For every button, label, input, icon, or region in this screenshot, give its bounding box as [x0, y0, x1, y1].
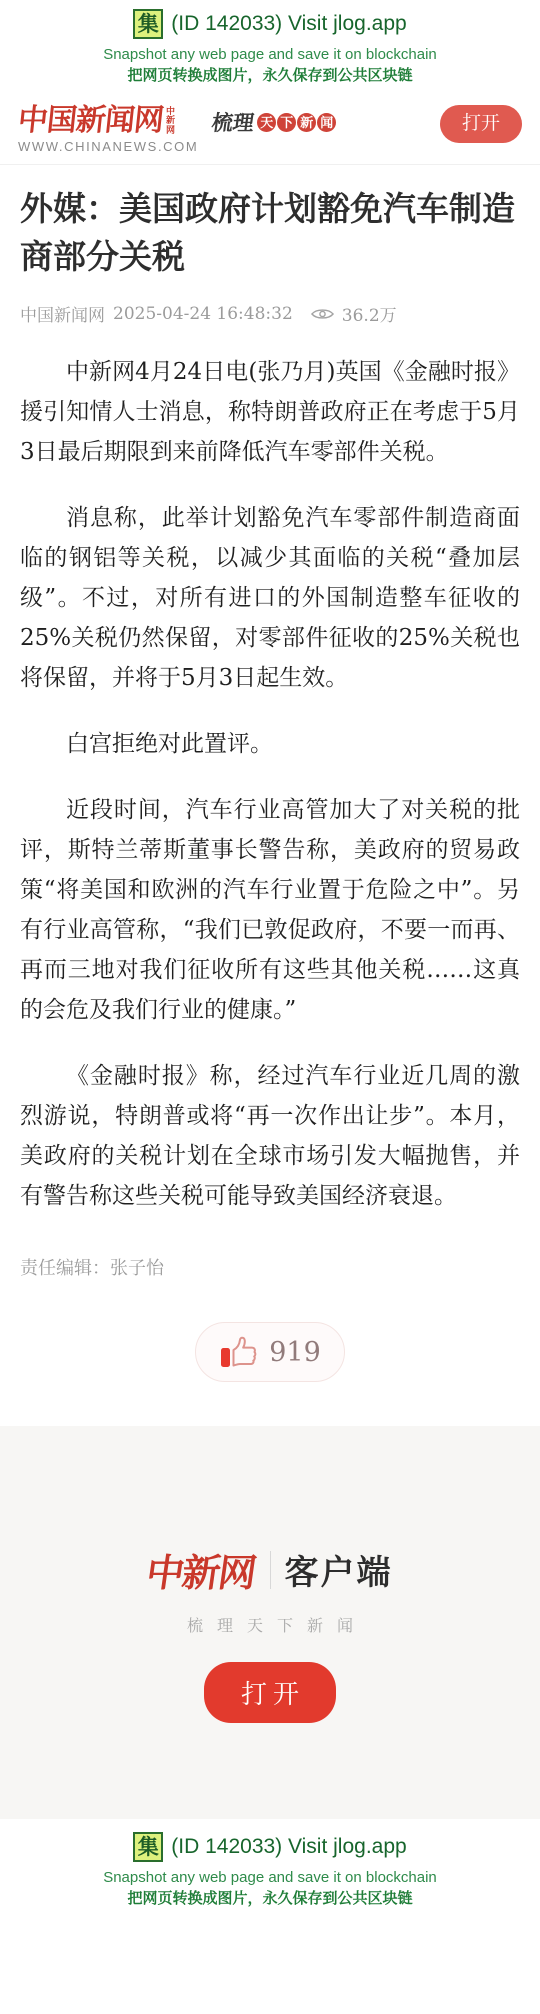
- jlog-ji-icon-bottom: 集: [133, 1832, 163, 1862]
- chinanews-logo-text: 中国新闻网: [16, 104, 164, 137]
- jlog-id-link-bottom[interactable]: 集 (ID 142033) Visit jlog.app: [0, 1832, 540, 1862]
- chinanews-logo-side: 中 新 网: [166, 104, 175, 135]
- jlog-subtitle-zh: 把网页转换成图片，永久保存到公共区块链: [0, 64, 540, 85]
- article-paragraph: 近段时间，汽车行业高管加大了对关税的批评，斯特兰蒂斯董事长警告称，美政府的贸易政…: [20, 790, 520, 1030]
- site-header: 中国新闻网 中 新 网 WWW.CHINANEWS.COM 梳理 天 下 新 闻…: [0, 92, 540, 165]
- slogan-circle-4: 闻: [317, 113, 336, 132]
- slogan-logo: 梳理 天 下 新 闻: [212, 107, 336, 137]
- jlog-subtitle-en-bottom: Snapshot any web page and save it on blo…: [0, 1869, 540, 1886]
- article-paragraph: 白宫拒绝对此置评。: [20, 724, 520, 764]
- views-eye-icon: [311, 307, 334, 321]
- jlog-subtitle-zh-bottom: 把网页转换成图片，永久保存到公共区块链: [0, 1887, 540, 1908]
- chinanews-logo[interactable]: 中国新闻网 中 新 网 WWW.CHINANEWS.COM: [18, 104, 198, 154]
- jlog-subtitle-en: Snapshot any web page and save it on blo…: [0, 46, 540, 63]
- slogan-circle-3: 新: [297, 113, 316, 132]
- slogan-circle-2: 下: [277, 113, 296, 132]
- article-paragraph: 《金融时报》称，经过汽车行业近几周的激烈游说，特朗普或将“再一次作出让步”。本月…: [20, 1056, 520, 1216]
- jlog-id-link[interactable]: 集 (ID 142033) Visit jlog.app: [0, 9, 540, 39]
- jlog-banner-top: 集 (ID 142033) Visit jlog.app Snapshot an…: [0, 0, 540, 92]
- footer-logo-text: 中新网: [144, 1542, 260, 1597]
- article-paragraph: 消息称，此举计划豁免汽车零部件制造商面临的钢铝等关税，以减少其面临的关税“叠加层…: [20, 498, 520, 698]
- slogan-circle-1: 天: [257, 113, 276, 132]
- article-source: 中国新闻网: [20, 301, 105, 326]
- footer-client-label: 客户端: [285, 1545, 393, 1594]
- article-meta: 中国新闻网 2025-04-24 16:48:32 36.2万: [20, 301, 520, 326]
- open-app-button-top[interactable]: 打开: [440, 105, 522, 144]
- article-datetime: 2025-04-24 16:48:32: [113, 304, 293, 324]
- app-footer: 中新网 客户端 梳理天下新闻 打开: [0, 1426, 540, 1819]
- jlog-id-text: (ID 142033) Visit jlog.app: [171, 12, 406, 36]
- article-paragraph: 中新网4月24日电(张乃月)英国《金融时报》援引知情人士消息，称特朗普政府正在考…: [20, 352, 520, 472]
- footer-divider: [270, 1551, 271, 1589]
- thumbs-up-icon: [219, 1335, 259, 1369]
- footer-logo-row: 中新网 客户端: [0, 1542, 540, 1597]
- article: 外媒：美国政府计划豁免汽车制造商部分关税 中国新闻网 2025-04-24 16…: [0, 185, 540, 1382]
- footer-slogan: 梳理天下新闻: [0, 1613, 540, 1636]
- jlog-banner-bottom: 集 (ID 142033) Visit jlog.app Snapshot an…: [0, 1819, 540, 1915]
- jlog-id-text-bottom: (ID 142033) Visit jlog.app: [171, 1835, 406, 1859]
- slogan-prefix: 梳理: [210, 107, 256, 137]
- open-app-button-bottom[interactable]: 打开: [204, 1662, 336, 1723]
- editor-line: 责任编辑：张子怡: [20, 1254, 520, 1280]
- views-count: 36.2万: [342, 301, 397, 326]
- article-body: 中新网4月24日电(张乃月)英国《金融时报》援引知情人士消息，称特朗普政府正在考…: [20, 352, 520, 1216]
- like-count: 919: [269, 1337, 321, 1368]
- jlog-ji-icon: 集: [133, 9, 163, 39]
- chinanews-url: WWW.CHINANEWS.COM: [18, 139, 198, 154]
- like-button[interactable]: 919: [195, 1322, 345, 1382]
- article-title: 外媒：美国政府计划豁免汽车制造商部分关税: [20, 185, 520, 281]
- like-section: 919: [20, 1322, 520, 1382]
